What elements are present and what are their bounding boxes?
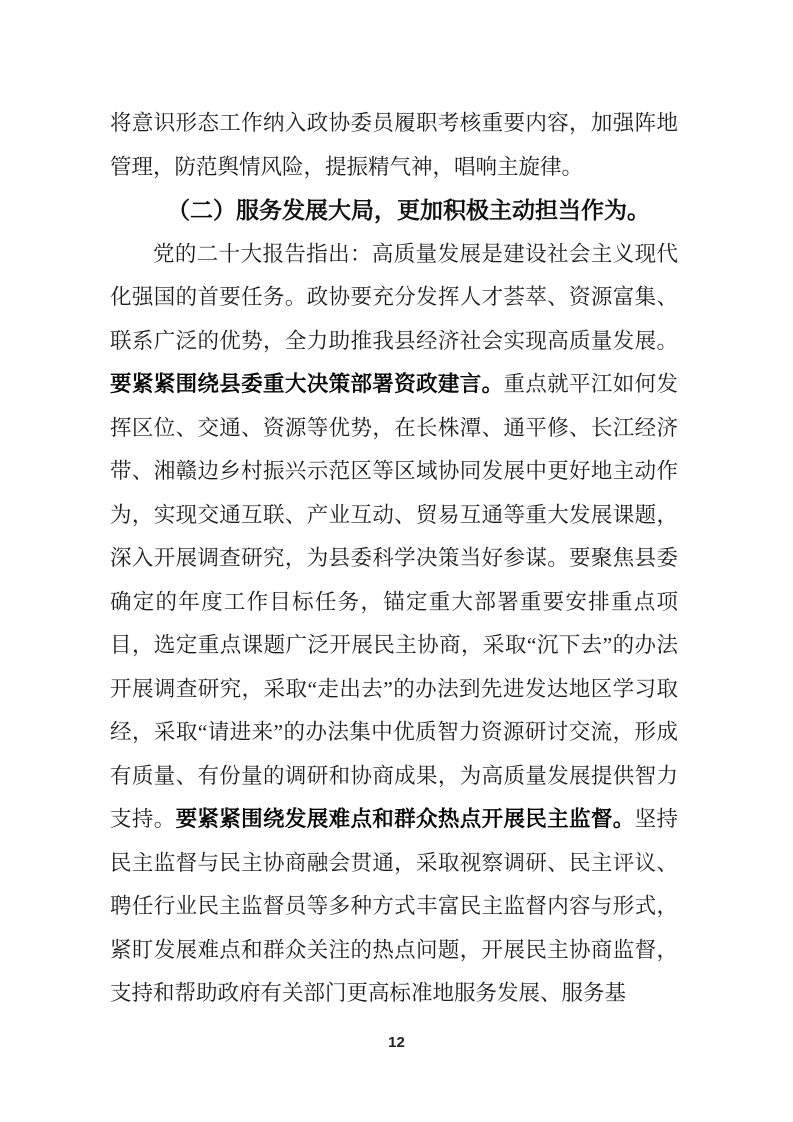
document-body: 将意识形态工作纳入政协委员履职考核重要内容，加强阵地管理，防范舆情风险，提振精气… [110,102,678,1016]
main-run-bold-2: 要紧紧围绕发展难点和群众热点开展民主监督。 [176,807,635,831]
main-run-bold-1: 要紧紧围绕县委重大决策部署资政建言。 [110,372,503,396]
document-page: 将意识形态工作纳入政协委员履职考核重要内容，加强阵地管理，防范舆情风险，提振精气… [0,0,793,1122]
page-number: 12 [388,1034,405,1051]
main-run-regular-2: 重点就平江如何发挥区位、交通、资源等优势，在长株潭、通平修、长江经济带、湘赣边乡… [110,372,678,831]
main-run-regular-3: 坚持民主监督与民主协商融会贯通，采取视察调研、民主评议、聘任行业民主监督员等多种… [110,807,678,1005]
page-footer: 12 [0,1034,793,1052]
section-heading-text: （二）服务发展大局，更加积极主动担当作为。 [167,197,650,223]
paragraph-continuation-text: 将意识形态工作纳入政协委员履职考核重要内容，加强阵地管理，防范舆情风险，提振精气… [110,111,678,179]
paragraph-main: 党的二十大报告指出：高质量发展是建设社会主义现代化强国的首要任务。政协要充分发挥… [110,233,678,1016]
section-heading: （二）服务发展大局，更加积极主动担当作为。 [110,189,678,233]
paragraph-continuation: 将意识形态工作纳入政协委员履职考核重要内容，加强阵地管理，防范舆情风险，提振精气… [110,102,678,189]
main-run-regular-1: 党的二十大报告指出：高质量发展是建设社会主义现代化强国的首要任务。政协要充分发挥… [110,242,678,353]
